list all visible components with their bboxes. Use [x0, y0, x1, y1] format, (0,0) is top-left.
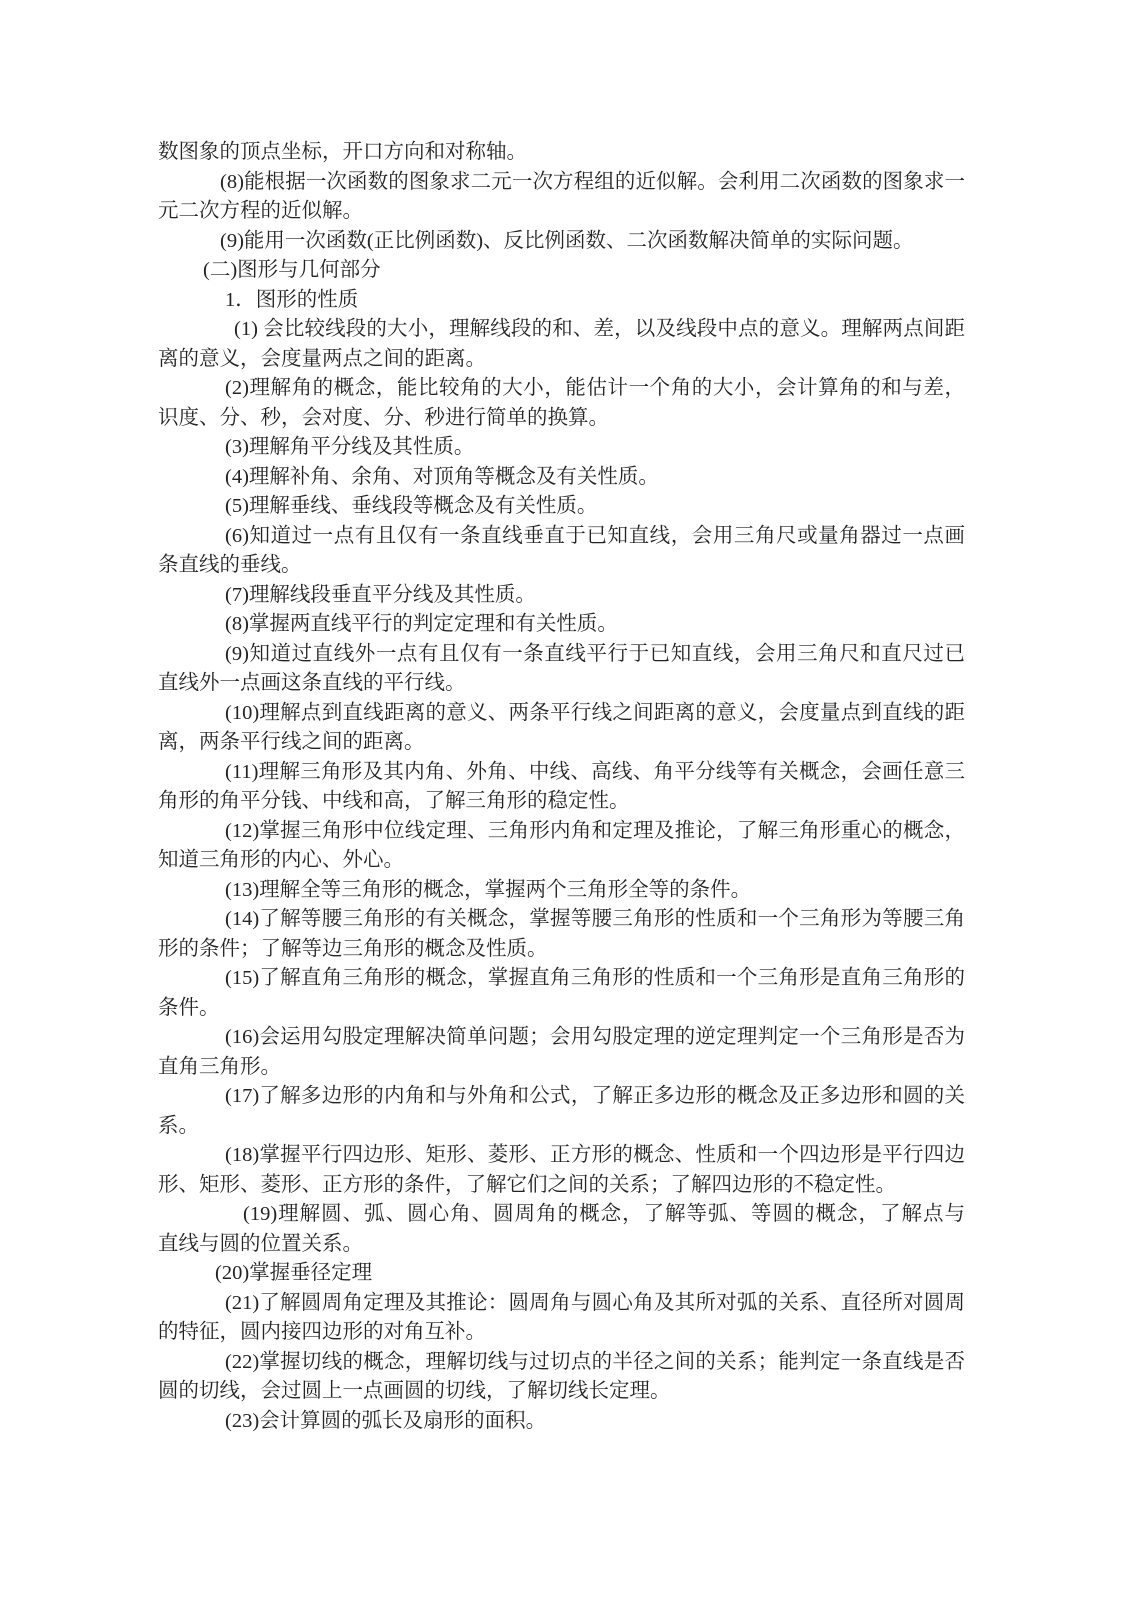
- text-line-11: (3)理解角平分线及其性质。: [158, 433, 965, 463]
- text-line-34: 系。: [158, 1112, 965, 1142]
- text-line-25: 知道三角形的内心、外心。: [158, 846, 965, 876]
- text-line-05: (二)图形与几何部分: [158, 256, 965, 286]
- text-line-39: (20)掌握垂径定理: [158, 1259, 965, 1289]
- text-line-28: 形的条件；了解等边三角形的概念及性质。: [158, 935, 965, 965]
- document-page: 数图象的顶点坐标，开口方向和对称轴。 (8)能根据一次函数的图象求二元一次方程组…: [0, 0, 1131, 1600]
- text-line-22: (11)理解三角形及其内角、外角、中线、高线、角平分线等有关概念，会画任意三: [158, 758, 965, 788]
- text-line-38: 直线与圆的位置关系。: [158, 1230, 965, 1260]
- text-line-36: 形、矩形、菱形、正方形的条件，了解它们之间的关系；了解四边形的不稳定性。: [158, 1171, 965, 1201]
- text-line-07: (1) 会比较线段的大小，理解线段的和、差，以及线段中点的意义。理解两点间距: [158, 315, 965, 345]
- text-line-20: (10)理解点到直线距离的意义、两条平行线之间距离的意义，会度量点到直线的距: [158, 699, 965, 729]
- text-line-26: (13)理解全等三角形的概念，掌握两个三角形全等的条件。: [158, 876, 965, 906]
- text-line-42: (22)掌握切线的概念，理解切线与过切点的半径之间的关系；能判定一条直线是否为: [158, 1348, 965, 1378]
- text-line-40: (21)了解圆周角定理及其推论：圆周角与圆心角及其所对弧的关系、直径所对圆周角: [158, 1289, 965, 1319]
- text-line-18: (9)知道过直线外一点有且仅有一条直线平行于已知直线，会用三角尺和直尺过已知: [158, 640, 965, 670]
- text-line-23: 角形的角平分钱、中线和高，了解三角形的稳定性。: [158, 787, 965, 817]
- text-line-35: (18)掌握平行四边形、矩形、菱形、正方形的概念、性质和一个四边形是平行四边: [158, 1141, 965, 1171]
- text-line-37: (19)理解圆、弧、圆心角、圆周角的概念，了解等弧、等圆的概念，了解点与圆、: [158, 1200, 965, 1230]
- text-line-08: 离的意义，会度量两点之间的距离。: [158, 345, 965, 375]
- text-line-12: (4)理解补角、余角、对顶角等概念及有关性质。: [158, 463, 965, 493]
- text-line-29: (15)了解直角三角形的概念，掌握直角三角形的性质和一个三角形是直角三角形的: [158, 964, 965, 994]
- text-line-43: 圆的切线，会过圆上一点画圆的切线，了解切线长定理。: [158, 1377, 965, 1407]
- text-line-13: (5)理解垂线、垂线段等概念及有关性质。: [158, 492, 965, 522]
- text-line-03: 元二次方程的近似解。: [158, 197, 965, 227]
- text-line-31: (16)会运用勾股定理解决简单问题；会用勾股定理的逆定理判定一个三角形是否为: [158, 1023, 965, 1053]
- text-line-33: (17)了解多边形的内角和与外角和公式，了解正多边形的概念及正多边形和圆的关: [158, 1082, 965, 1112]
- text-line-16: (7)理解线段垂直平分线及其性质。: [158, 581, 965, 611]
- text-line-17: (8)掌握两直线平行的判定定理和有关性质。: [158, 610, 965, 640]
- text-line-10: 识度、分、秒，会对度、分、秒进行简单的换算。: [158, 404, 965, 434]
- document-text-block: 数图象的顶点坐标，开口方向和对称轴。 (8)能根据一次函数的图象求二元一次方程组…: [158, 138, 965, 1436]
- text-line-19: 直线外一点画这条直线的平行线。: [158, 669, 965, 699]
- text-line-01: 数图象的顶点坐标，开口方向和对称轴。: [158, 138, 965, 168]
- text-line-09: (2)理解角的概念，能比较角的大小，能估计一个角的大小，会计算角的和与差，认: [158, 374, 965, 404]
- text-line-27: (14)了解等腰三角形的有关概念，掌握等腰三角形的性质和一个三角形为等腰三角: [158, 905, 965, 935]
- text-line-02: (8)能根据一次函数的图象求二元一次方程组的近似解。会利用二次函数的图象求一: [158, 168, 965, 198]
- text-line-30: 条件。: [158, 994, 965, 1024]
- text-line-14: (6)知道过一点有且仅有一条直线垂直于已知直线，会用三角尺或量角器过一点画一: [158, 522, 965, 552]
- text-line-15: 条直线的垂线。: [158, 551, 965, 581]
- text-line-06: 1．图形的性质: [158, 286, 965, 316]
- text-line-21: 离，两条平行线之间的距离。: [158, 728, 965, 758]
- text-line-32: 直角三角形。: [158, 1053, 965, 1083]
- text-line-41: 的特征，圆内接四边形的对角互补。: [158, 1318, 965, 1348]
- text-line-04: (9)能用一次函数(正比例函数)、反比例函数、二次函数解决简单的实际问题。: [158, 227, 965, 257]
- text-line-44: (23)会计算圆的弧长及扇形的面积。: [158, 1407, 965, 1437]
- text-line-24: (12)掌握三角形中位线定理、三角形内角和定理及推论，了解三角形重心的概念，: [158, 817, 965, 847]
